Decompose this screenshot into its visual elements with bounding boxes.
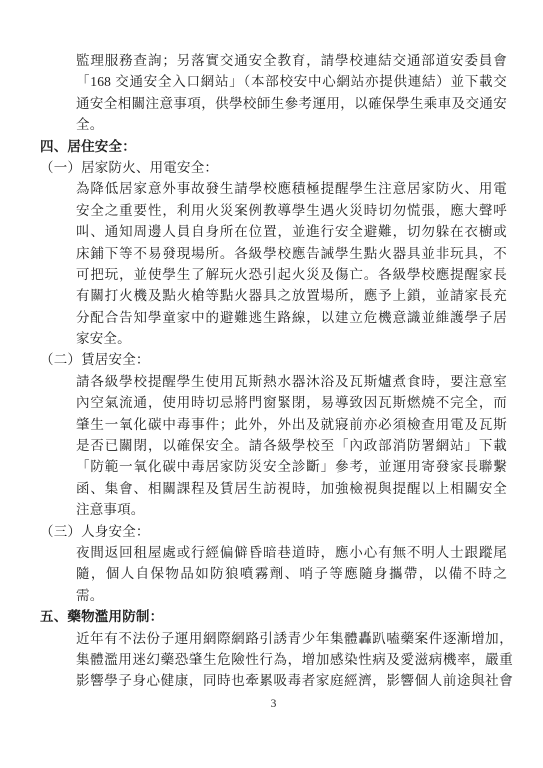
paragraph-line: 影響學子身心健康，同時也牽累吸毒者家庭經濟，影響個人前途與社會 <box>76 670 513 691</box>
paragraph-line: 是否已關閉，以確保安全。請各級學校至「內政部消防署網站」下載 <box>76 435 507 456</box>
paragraph-line: 夜間返回租屋處或行經偏僻昏暗巷道時，應小心有無不明人士跟蹤尾 <box>76 542 507 563</box>
paragraph-line: 可把玩，並使學生了解玩火恐引起火災及傷亡。各級學校應提醒家長 <box>76 264 507 285</box>
paragraph-line: 有關打火機及點火槍等點火器具之放置場所，應予上鎖，並請家長充 <box>76 285 507 306</box>
paragraph-line: 函、集會、相關課程及賃居生訪視時，加強檢視與提醒以上相關安全 <box>76 478 507 499</box>
paragraph-line: 分配合告知學童家中的避難逃生路線，以建立危機意識並維護學子居 <box>76 307 507 328</box>
subsection-heading: （一）居家防火、用電安全： <box>40 157 520 178</box>
paragraph-line: 床鋪下等不易發現場所。各級學校應告誡學生點火器具並非玩具，不 <box>76 243 507 264</box>
paragraph-line: 安全之重要性，利用火災案例教導學生遇火災時切勿慌張，應大聲呼 <box>76 200 507 221</box>
section-heading: 五、藥物濫用防制： <box>40 606 520 627</box>
paragraph-line: 肇生一氧化碳中毒事件；此外，外出及就寢前亦必須檢查用電及瓦斯 <box>76 414 507 435</box>
paragraph-line: 通安全相關注意事項，供學校師生參考運用，以確保學生乘車及交通安 <box>76 93 507 114</box>
paragraph-line: 需。 <box>76 585 507 606</box>
paragraph-line: 全。 <box>76 114 507 135</box>
paragraph-line: 集體濫用迷幻藥恐肇生危險性行為，增加感染性病及愛滋病機率，嚴重 <box>76 649 513 670</box>
paragraph-line: 監理服務查詢；另落實交通安全教育，請學校連結交通部道安委員會 <box>76 50 507 71</box>
paragraph-line: 家安全。 <box>76 328 507 349</box>
paragraph-line: 「168 交通安全入口網站」（本部校安中心網站亦提供連結）並下載交 <box>76 71 507 92</box>
document-page: 監理服務查詢；另落實交通安全教育，請學校連結交通部道安委員會 「168 交通安全… <box>0 0 543 768</box>
paragraph-line: 內空氣流通，使用時切忌將門窗緊閉，易導致因瓦斯燃燒不完全，而 <box>76 392 507 413</box>
paragraph-line: 「防範一氧化碳中毒居家防災安全診斷」參考，並運用寄發家長聯繫 <box>76 456 507 477</box>
paragraph-line: 叫、通知周邊人員自身所在位置，並進行安全避難，切勿躲在衣櫥或 <box>76 221 507 242</box>
subsection-heading: （三）人身安全： <box>40 521 520 542</box>
paragraph-line: 近年有不法份子運用網際網路引誘青少年集體轟趴嗑藥案件逐漸增加， <box>76 628 513 649</box>
paragraph-line: 隨，個人自保物品如防狼噴霧劑、哨子等應隨身攜帶，以備不時之 <box>76 563 507 584</box>
page-number: 3 <box>40 698 507 710</box>
paragraph-line: 為降低居家意外事故發生請學校應積極提醒學生注意居家防火、用電 <box>76 178 507 199</box>
subsection-heading: （二）賃居安全： <box>40 349 520 370</box>
section-heading: 四、居住安全： <box>40 136 520 157</box>
paragraph-line: 請各級學校提醒學生使用瓦斯熱水器沐浴及瓦斯爐煮食時，要注意室 <box>76 371 507 392</box>
document-content: 監理服務查詢；另落實交通安全教育，請學校連結交通部道安委員會 「168 交通安全… <box>40 50 520 692</box>
paragraph-line: 注意事項。 <box>76 499 507 520</box>
